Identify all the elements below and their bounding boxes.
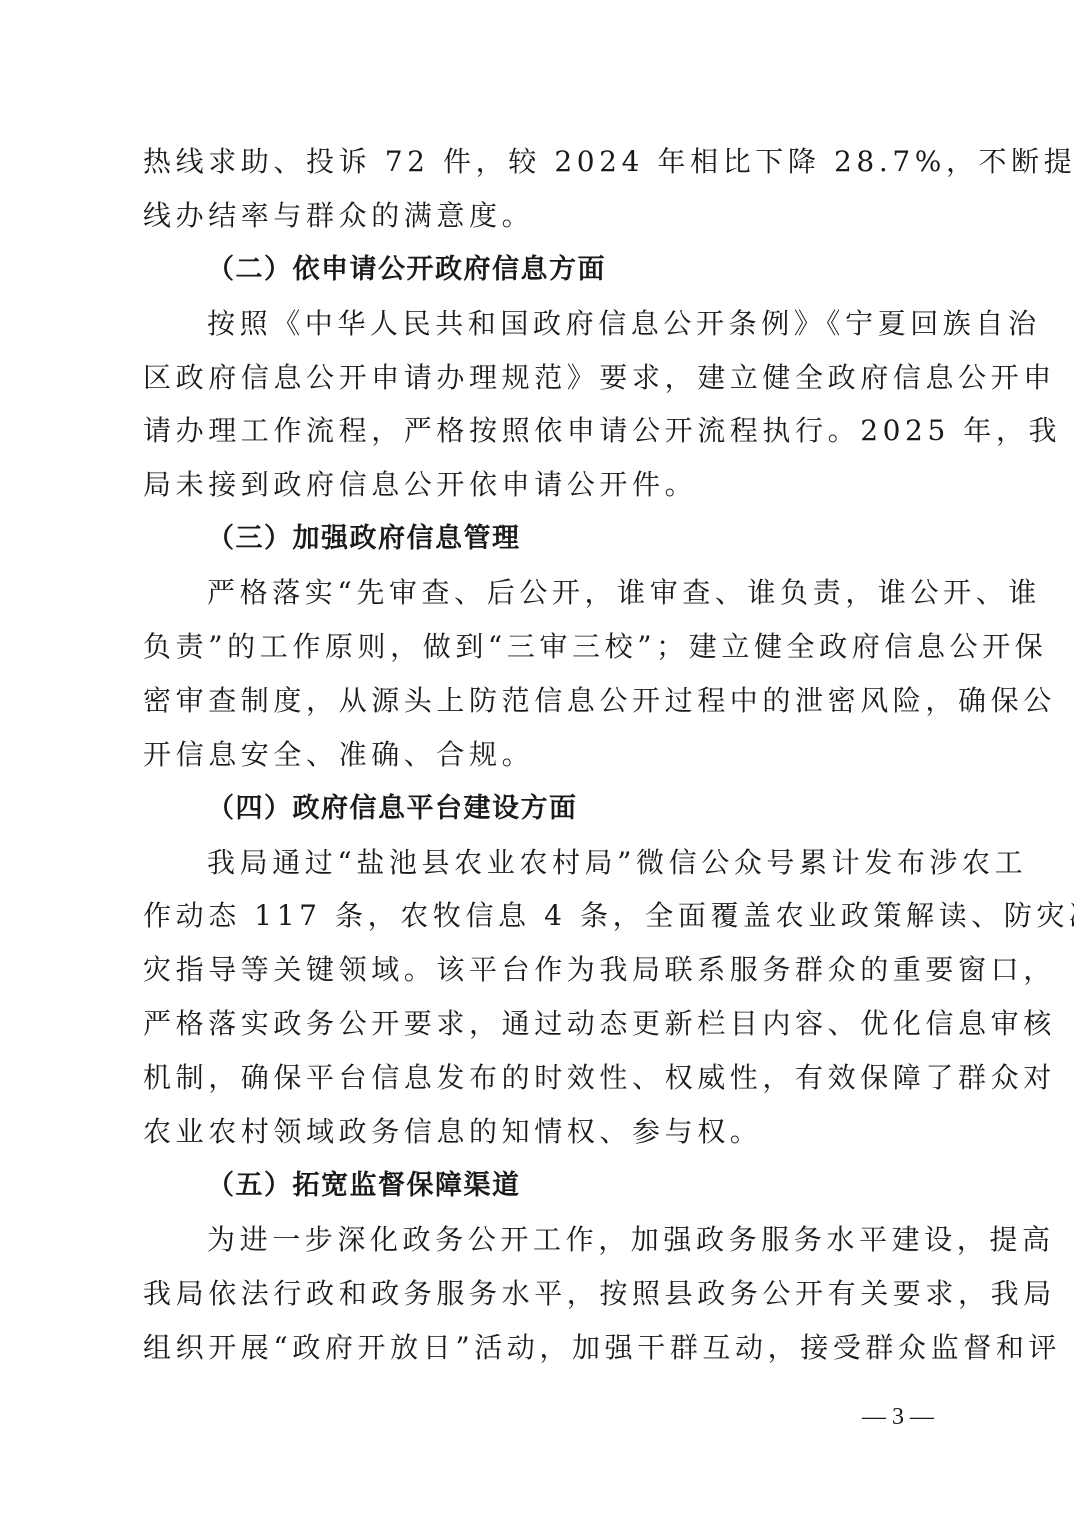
paragraph-line: 开信息安全、准确、合规。: [143, 733, 943, 787]
paragraph-line: 密审查制度，从源头上防范信息公开过程中的泄密风险，确保公: [143, 679, 943, 733]
paragraph-line: 灾指导等关键领域。该平台作为我局联系服务群众的重要窗口，: [143, 948, 943, 1002]
paragraph-line: 机制，确保平台信息发布的时效性、权威性，有效保障了群众对: [143, 1056, 943, 1110]
paragraph-line: 热线求助、投诉 72 件，较 2024 年相比下降 28.7%，不断提高热: [143, 140, 943, 194]
document-body: 热线求助、投诉 72 件，较 2024 年相比下降 28.7%，不断提高热 线办…: [143, 140, 943, 1379]
paragraph-line: 我局依法行政和政务服务水平，按照县政务公开有关要求，我局: [143, 1272, 943, 1326]
paragraph-line: 严格落实“先审查、后公开，谁审查、谁负责，谁公开、谁: [143, 571, 943, 625]
paragraph-line: 请办理工作流程，严格按照依申请公开流程执行。2025 年，我: [143, 409, 943, 463]
section-heading-3: （三）加强政府信息管理: [143, 517, 943, 571]
paragraph-line: 线办结率与群众的满意度。: [143, 194, 943, 248]
section-heading-5: （五）拓宽监督保障渠道: [143, 1164, 943, 1218]
paragraph-line: 负责”的工作原则，做到“三审三校”；建立健全政府信息公开保: [143, 625, 943, 679]
paragraph-line: 我局通过“盐池县农业农村局”微信公众号累计发布涉农工: [143, 841, 943, 895]
paragraph-line: 局未接到政府信息公开依申请公开件。: [143, 463, 943, 517]
document-page: 热线求助、投诉 72 件，较 2024 年相比下降 28.7%，不断提高热 线办…: [0, 0, 1074, 1520]
paragraph-line: 为进一步深化政务公开工作，加强政务服务水平建设，提高: [143, 1218, 943, 1272]
paragraph-line: 组织开展“政府开放日”活动，加强干群互动，接受群众监督和评: [143, 1326, 943, 1380]
paragraph-line: 严格落实政务公开要求，通过动态更新栏目内容、优化信息审核: [143, 1002, 943, 1056]
paragraph-line: 农业农村领域政务信息的知情权、参与权。: [143, 1110, 943, 1164]
page-number: — 3 —: [862, 1404, 934, 1431]
section-heading-2: （二）依申请公开政府信息方面: [143, 248, 943, 302]
paragraph-line: 作动态 117 条，农牧信息 4 条，全面覆盖农业政策解读、防灾减: [143, 894, 943, 948]
paragraph-line: 按照《中华人民共和国政府信息公开条例》《宁夏回族自治: [143, 302, 943, 356]
paragraph-line: 区政府信息公开申请办理规范》要求，建立健全政府信息公开申: [143, 356, 943, 410]
section-heading-4: （四）政府信息平台建设方面: [143, 787, 943, 841]
